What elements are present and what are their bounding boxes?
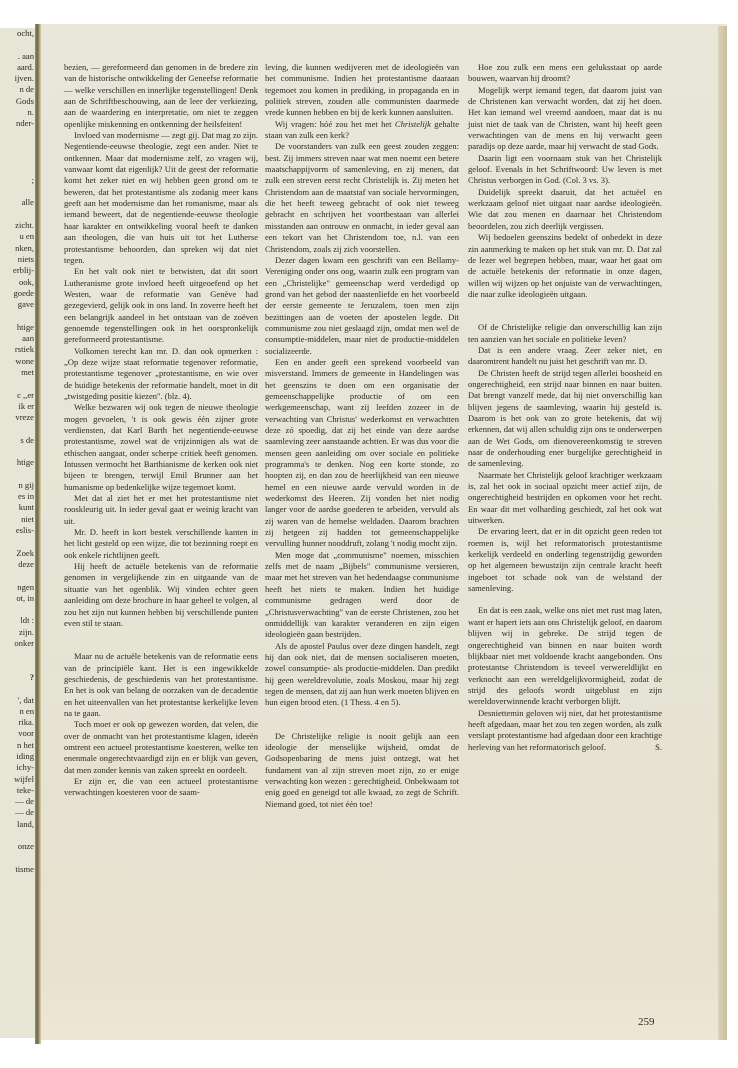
facing-page-fragment: — de <box>0 796 36 807</box>
facing-page-fragment: — de <box>0 807 36 818</box>
facing-page-fragment: ? <box>0 672 36 683</box>
paragraph: De Christen heeft de strijd tegen allerl… <box>468 368 662 470</box>
facing-page-fragment: gave <box>0 299 36 310</box>
paragraph: Invloed van modernisme — zegt gij. Dat m… <box>64 130 258 266</box>
text-column-1: bezien, — gereformeerd dan genomen in de… <box>64 62 258 799</box>
facing-page-fragment <box>0 141 36 152</box>
facing-page-fragment: nder- <box>0 118 36 129</box>
facing-page-fragment: ichy- <box>0 762 36 773</box>
paragraph: Een en ander geeft een sprekend voorbeel… <box>265 357 459 550</box>
facing-page-fragment <box>0 683 36 694</box>
facing-page-fragment: ik er <box>0 401 36 412</box>
paragraph: Daarin ligt een voornaam stuk van het Ch… <box>468 153 662 187</box>
facing-page-fragment: htige <box>0 457 36 468</box>
facing-page-fragment: met <box>0 367 36 378</box>
facing-page-fragment: tisme <box>0 864 36 875</box>
facing-page-fragment: kunt <box>0 502 36 513</box>
facing-page-fragment <box>0 186 36 197</box>
facing-page-fragment: ldt : <box>0 615 36 626</box>
facing-page-fragment: Gods <box>0 96 36 107</box>
facing-page-fragment: ngen <box>0 582 36 593</box>
paragraph: Dezer dagen kwam een geschrift van een B… <box>265 255 459 357</box>
facing-page-fragment: teke- <box>0 785 36 796</box>
facing-page-fragment <box>0 423 36 434</box>
paragraph: Of de Christelijke religie dan onverschi… <box>468 322 662 345</box>
page-number: 259 <box>638 1016 655 1028</box>
facing-page-fragment: wijfel <box>0 774 36 785</box>
facing-page-fragment: vreze <box>0 412 36 423</box>
paragraph: Met dat al ziet het er met het protestan… <box>64 493 258 527</box>
facing-page-fragment <box>0 661 36 672</box>
paragraph: Mogelijk werpt iemand tegen, dat daarom … <box>468 85 662 153</box>
facing-page-edge: ocht, . aanaard.ijven.n deGodsn.nder- ; … <box>0 28 36 1038</box>
text-column-3: Hoe zou zulk een mens een geluksstaat op… <box>468 62 662 753</box>
facing-page-fragment: n het <box>0 740 36 751</box>
facing-page-fragment: rstiek <box>0 344 36 355</box>
facing-page-fragment <box>0 39 36 50</box>
facing-page-fragment: s de <box>0 435 36 446</box>
paragraph: En het valt ook niet te betwisten, dat d… <box>64 266 258 345</box>
paragraph: Wij vragen: hóé zou het met het Christel… <box>265 119 459 142</box>
paragraph: Welke bezwaren wij ook tegen de nieuwe t… <box>64 402 258 493</box>
facing-page-fragment <box>0 536 36 547</box>
paragraph: Wij bedoelen geenszins bedekt of onbedek… <box>468 232 662 300</box>
facing-page-fragment: ', dat <box>0 695 36 706</box>
facing-page-fragment: ot, in <box>0 593 36 604</box>
facing-page-fragment: . aan <box>0 51 36 62</box>
facing-page-fragment: zijn. <box>0 627 36 638</box>
paragraph: Hoe zou zulk een mens een geluksstaat op… <box>468 62 662 85</box>
paragraph: Als de apostel Paulus over deze dingen h… <box>265 641 459 709</box>
facing-page-fragment <box>0 130 36 141</box>
paragraph: bezien, — gereformeerd dan genomen in de… <box>64 62 258 130</box>
facing-page-fragment <box>0 310 36 321</box>
paragraph: De ervaring leert, dat er in dit opzicht… <box>468 526 662 594</box>
facing-page-fragment: deze <box>0 559 36 570</box>
author-signature: S. <box>645 742 662 753</box>
facing-page-fragment <box>0 469 36 480</box>
facing-page-fragment: u en <box>0 231 36 242</box>
facing-page-fragment: aard. <box>0 62 36 73</box>
facing-page-fragment <box>0 152 36 163</box>
facing-page-fragment: iding <box>0 751 36 762</box>
facing-page-fragment: niets <box>0 254 36 265</box>
facing-page-fragment <box>0 209 36 220</box>
paragraph: Dat is een andere vraag. Zeer zeker niet… <box>468 345 662 368</box>
facing-page-fragment: ; <box>0 175 36 186</box>
facing-page-fragment: erblij- <box>0 265 36 276</box>
facing-page-fragment <box>0 649 36 660</box>
facing-page-fragment: zicht. <box>0 220 36 231</box>
paragraph: Hij heeft de actuële betekenis van de re… <box>64 561 258 629</box>
facing-page-fragment: n de <box>0 84 36 95</box>
facing-page-fragment: ook, <box>0 277 36 288</box>
facing-page-fragment: onker <box>0 638 36 649</box>
paragraph: Desniettemin geloven wij niet, dat het p… <box>468 708 662 753</box>
facing-page-fragment: n gij <box>0 480 36 491</box>
facing-page-fragment: ocht, <box>0 28 36 39</box>
facing-page-fragment: aan <box>0 333 36 344</box>
paragraph: De voorstanders van zulk een geest zoude… <box>265 141 459 254</box>
facing-page-fragment: eslis- <box>0 525 36 536</box>
facing-page-fragment: rika. <box>0 717 36 728</box>
paragraph: leving, die kunnen wedijveren met de ide… <box>265 62 459 119</box>
facing-page-fragment: es in <box>0 491 36 502</box>
facing-page-fragment: goede <box>0 288 36 299</box>
facing-page-fragment: n en <box>0 706 36 717</box>
facing-page-fragment <box>0 378 36 389</box>
facing-page-fragment: land, <box>0 819 36 830</box>
paragraph: Volkomen terecht kan mr. D. dan ook opme… <box>64 346 258 403</box>
facing-page-fragment: wone <box>0 356 36 367</box>
facing-page-fragment: alle <box>0 197 36 208</box>
facing-page-fragment: c ,,er <box>0 390 36 401</box>
facing-page-fragment <box>0 604 36 615</box>
facing-page-fragment <box>0 830 36 841</box>
text-column-2: leving, die kunnen wedijveren met de ide… <box>265 62 459 810</box>
facing-page-fragment <box>0 570 36 581</box>
facing-page-fragment <box>0 164 36 175</box>
facing-page-fragment: onze <box>0 841 36 852</box>
paragraph: De Christelijke religie is nooit gelijk … <box>265 731 459 810</box>
facing-page-fragment: htige <box>0 322 36 333</box>
paragraph: En dat is een zaak, welke ons niet met r… <box>468 605 662 707</box>
paragraph: Naarmate het Christelijk geloof krachtig… <box>468 470 662 527</box>
facing-page-fragment: ijven. <box>0 73 36 84</box>
facing-page-fragment: voor <box>0 728 36 739</box>
facing-page-fragment: n. <box>0 107 36 118</box>
paragraph: Mr. D. heeft in kort bestek verschillend… <box>64 527 258 561</box>
paragraph: Maar nu de actuële betekenis van de refo… <box>64 651 258 719</box>
paragraph: Men moge dat „communisme" noemen, missch… <box>265 550 459 641</box>
book-page: bezien, — gereformeerd dan genomen in de… <box>41 24 727 1040</box>
facing-page-fragment <box>0 446 36 457</box>
paragraph: Er zijn er, die van een actueel protesta… <box>64 776 258 799</box>
page-edge-shadow <box>718 26 727 1040</box>
paragraph: Toch moet er ook op gewezen worden, dat … <box>64 719 258 776</box>
facing-page-fragment: Zoek <box>0 548 36 559</box>
facing-page-fragment: niet <box>0 514 36 525</box>
paragraph: Duidelijk spreekt daaruit, dat het actuë… <box>468 187 662 232</box>
facing-page-fragment: nken, <box>0 243 36 254</box>
facing-page-fragment <box>0 853 36 864</box>
